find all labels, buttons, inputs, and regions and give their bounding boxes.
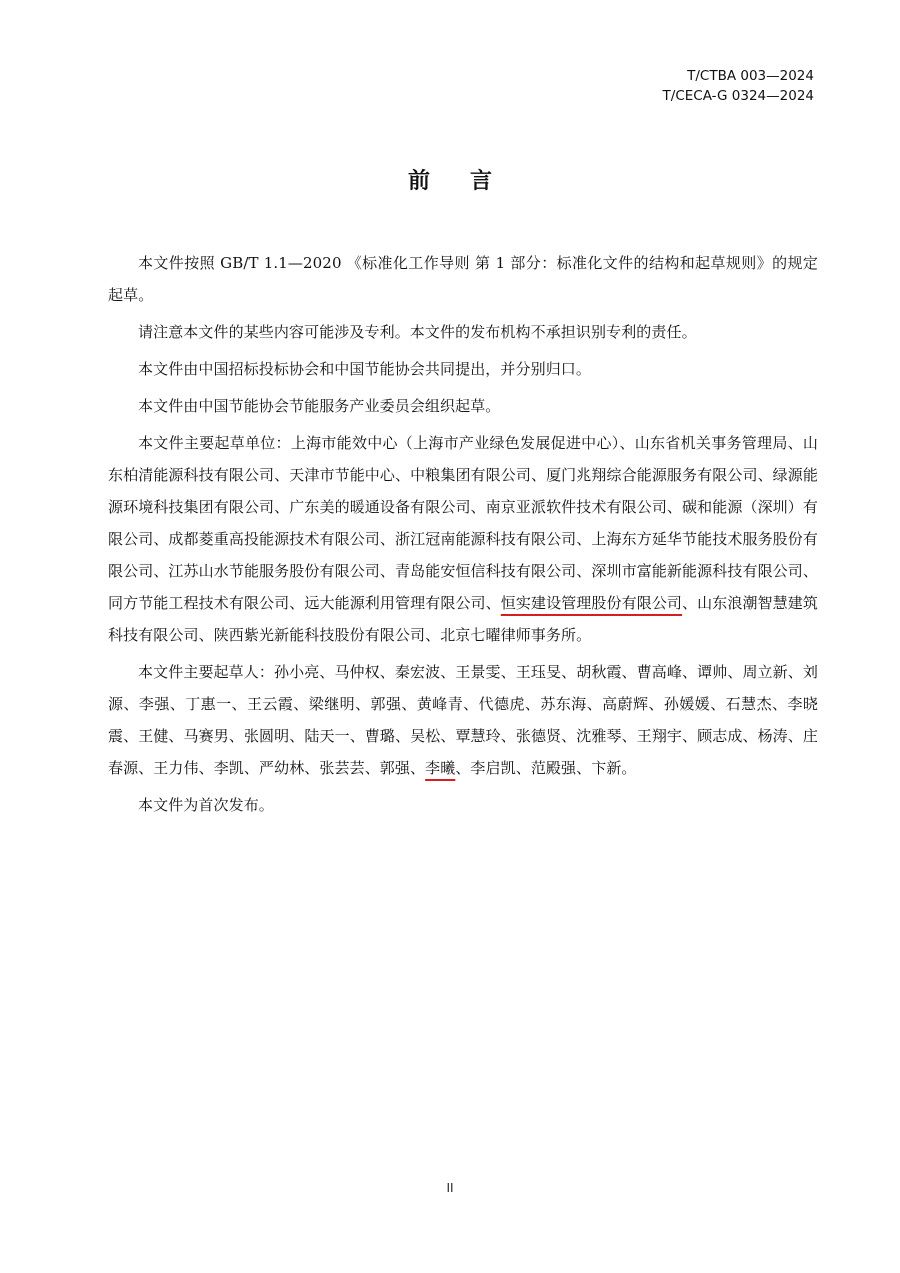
paragraph-proposer: 本文件由中国招标投标协会和中国节能协会共同提出，并分别归口。	[108, 353, 818, 385]
highlighted-drafter: 李曦	[425, 759, 455, 777]
drafting-units-text: 本文件主要起草单位：上海市能效中心（上海市产业绿色发展促进中心）、山东省机关事务…	[108, 434, 818, 612]
paragraph-patent-notice: 请注意本文件的某些内容可能涉及专利。本文件的发布机构不承担识别专利的责任。	[108, 316, 818, 348]
highlighted-unit: 恒实建设管理股份有限公司	[501, 594, 682, 612]
page-title: 前言	[0, 164, 900, 195]
standard-code-ceca: T/CECA-G 0324—2024	[663, 86, 814, 106]
paragraph-drafting-rules: 本文件按照 GB/T 1.1—2020 《标准化工作导则 第 1 部分：标准化文…	[108, 247, 818, 311]
paragraph-organizer: 本文件由中国节能协会节能服务产业委员会组织起草。	[108, 390, 818, 422]
drafters-text-rest: 、李启凯、范殿强、卞新。	[455, 759, 636, 777]
standard-code-ctba: T/CTBA 003—2024	[663, 66, 814, 86]
foreword-body: 本文件按照 GB/T 1.1—2020 《标准化工作导则 第 1 部分：标准化文…	[108, 247, 818, 821]
paragraph-first-release: 本文件为首次发布。	[108, 789, 818, 821]
paragraph-drafters: 本文件主要起草人：孙小亮、马仲权、秦宏波、王景雯、王珏旻、胡秋霞、曹高峰、谭帅、…	[108, 656, 818, 784]
title-char-2: 言	[470, 164, 492, 195]
standard-codes: T/CTBA 003—2024 T/CECA-G 0324—2024	[663, 66, 814, 106]
paragraph-drafting-units: 本文件主要起草单位：上海市能效中心（上海市产业绿色发展促进中心）、山东省机关事务…	[108, 427, 818, 651]
page-number: II	[0, 1181, 900, 1195]
title-char-1: 前	[408, 164, 430, 195]
